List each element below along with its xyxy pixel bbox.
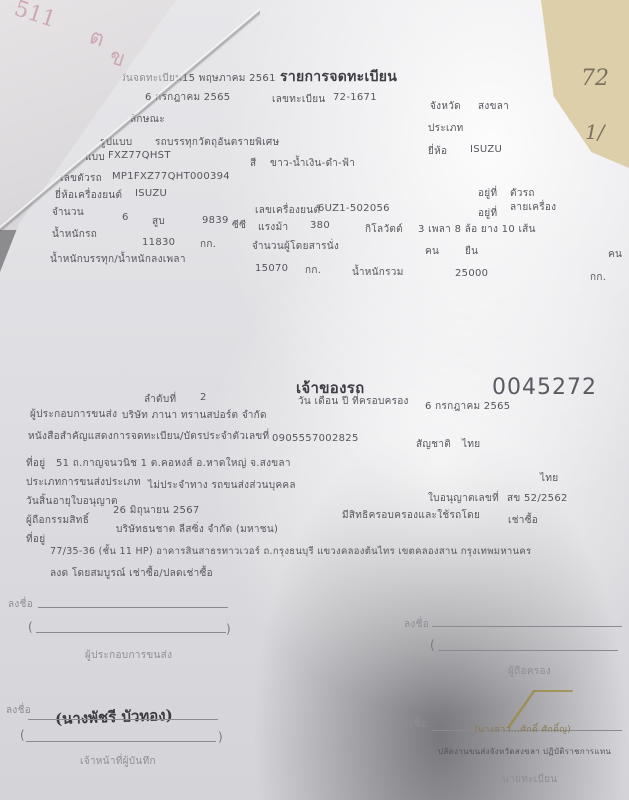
recorder-signed-name: (นางพัชรี บัวทอง) (55, 703, 173, 731)
location-2: ลายเครื่อง (510, 200, 556, 215)
possession-right: เช่าซื้อ (508, 513, 538, 528)
registrar-caption: นายทะเบียน (502, 772, 557, 787)
handwriting: 72 (581, 66, 609, 91)
operator-name: บริษัท ภานา ทรานสปอร์ต จำกัด (122, 408, 267, 423)
seats-label: จำนวนผู้โดยสารนั่ง (252, 239, 339, 254)
brand-value: ISUZU (470, 144, 502, 155)
possession-date: 6 กรกฎาคม 2565 (425, 399, 510, 414)
possession-date-label: วัน เดือน ปี ที่ครอบครอง (298, 394, 409, 409)
location-1: ตัวรถ (510, 186, 535, 201)
transport-type: ไม่ประจำทาง รถขนส่งส่วนบุคคล (148, 478, 296, 493)
possession-right-label: มีสิทธิครอบครองและใช้รถโดย (342, 508, 480, 523)
recorder-name-line (26, 741, 216, 742)
brand-label: ยี่ห้อ (428, 144, 447, 159)
address-country: ไทย (540, 471, 558, 486)
standing-label: ยืน (465, 244, 478, 259)
horsepower: 380 (310, 220, 330, 231)
horsepower-label: แรงม้า (258, 220, 288, 235)
open-paren: ( (430, 638, 435, 652)
rights-holder-label: ผู้ถือกรรมสิทธิ์ (26, 513, 89, 528)
operator-signature-line (38, 607, 228, 608)
total-weight: 25000 (455, 268, 488, 279)
holder-address-line-2: ลงด โดยสมบูรณ์ เช่าซื้อ/ปลดเช่าซื้อ (50, 566, 213, 581)
plate-number: 72-1671 (333, 92, 377, 103)
total-weight-label: น้ำหนักรวม (352, 265, 404, 280)
recorder-caption: เจ้าหน้าที่ผู้บันทึก (80, 754, 156, 769)
close-paren: ) (226, 622, 231, 636)
address-label: ที่อยู่ (26, 456, 45, 471)
standing-unit: คน (608, 247, 622, 262)
document-title: รายการจดทะเบียน (280, 66, 397, 88)
recorder-sign-label: ลงชื่อ (6, 703, 31, 718)
location-label-2: อยู่ที่ (478, 206, 497, 221)
transport-type-label: ประเภทการขนส่งประเภท (26, 475, 141, 490)
close-paren: ) (218, 730, 223, 744)
license-number: สข 52/2562 (507, 491, 568, 506)
operator-caption: ผู้ประกอบการขนส่ง (85, 648, 172, 663)
recorder-signature-line (28, 719, 218, 720)
owner-signature-line (432, 626, 622, 627)
owner-address: 51 ถ.กาญจนวนิช 1 ต.คอหงส์ อ.หาดใหญ่ จ.สง… (56, 456, 291, 471)
open-paren: ( (28, 620, 33, 634)
id-number: 0905557002825 (272, 433, 359, 444)
province-label: จังหวัด (430, 99, 461, 114)
handwriting: 1/ (585, 120, 604, 144)
axles-label: กิโลวัตต์ (365, 222, 403, 237)
operator-sign-label: ลงชื่อ (8, 597, 33, 612)
load-weight-unit: กก. (305, 263, 321, 278)
total-weight-unit: กก. (590, 270, 606, 285)
plate-label: เลขทะเบียน (272, 92, 326, 107)
engine-number-label: เลขเครื่องยนต์ (255, 203, 320, 218)
registrar-title: ปลัดงานขนส่งจังหวัดสงขลา ปฏิบัติราชการแท… (438, 745, 611, 758)
location-label-1: อยู่ที่ (478, 186, 497, 201)
owner-caption: ผู้ถือครอง (508, 664, 551, 679)
registrar-sign-label: ลงชื่อ (402, 717, 427, 732)
license-expiry-label: วันสิ้นอายุใบอนุญาต (26, 494, 118, 509)
type-label: ประเภท (428, 121, 464, 136)
operator-label: ผู้ประกอบการขนส่ง (30, 407, 117, 422)
license-label: ใบอนุญาตเลขที่ (428, 491, 499, 506)
engine-number: 6UZ1-502056 (318, 203, 390, 214)
operator-name-line (36, 632, 226, 633)
paper-crease (0, 0, 260, 240)
holder-address-line-1: 77/35-36 (ชั้น 11 HP) อาคารสินสาธรทาวเวอ… (50, 544, 531, 559)
sequence-label: ลำดับที่ (144, 392, 176, 407)
license-expiry: 26 มิถุนายน 2567 (113, 503, 200, 518)
holder-address-label: ที่อยู่ (26, 532, 45, 547)
nationality-label: สัญชาติ (416, 437, 451, 452)
serial-number: 0045272 (492, 375, 597, 400)
load-weight-label: น้ำหนักบรรทุก/น้ำหนักลงเพลา (50, 252, 186, 267)
registrar-signed-name: (นางสาว...ศักดิ์ ศักดิ์ญ) (474, 722, 571, 736)
axles-wheels: 3 เพลา 8 ล้อ ยาง 10 เส้น (418, 222, 536, 237)
load-weight: 15070 (255, 263, 288, 274)
open-paren: ( (20, 728, 25, 742)
id-label: หนังสือสำคัญแสดงการจดทะเบียน/บัตรประจำตั… (28, 429, 269, 444)
owner-name-line (438, 650, 618, 651)
nationality: ไทย (462, 437, 480, 452)
seats-unit: คน (425, 244, 439, 259)
color-value: ขาว-น้ำเงิน-ดำ-ฟ้า (270, 156, 355, 171)
province: สงขลา (478, 99, 509, 114)
rights-holder: บริษัทธนชาต ลีสซิ่ง จำกัด (มหาชน) (116, 522, 278, 537)
owner-sign-label: ลงชื่อ (404, 617, 429, 632)
sequence-number: 2 (200, 392, 207, 403)
